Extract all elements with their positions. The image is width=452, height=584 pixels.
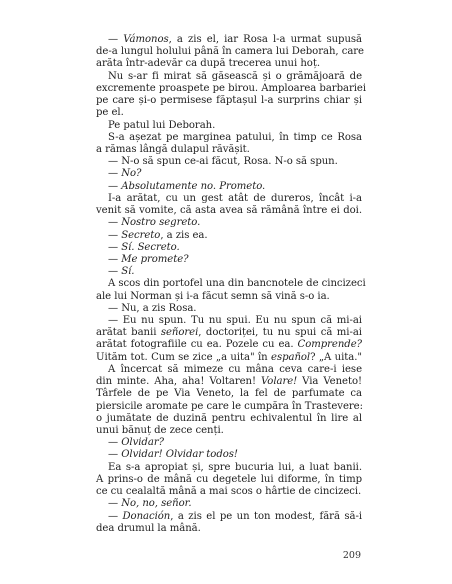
text-line: Târfele de pe Via Veneto, la fel de parf… [96,388,362,400]
text-line: — Donación, a zis el pe un ton modest, f… [96,511,362,523]
text-line: — Nu, a zis Rosa. [96,303,362,315]
text-line: — Sí. Secreto. [96,242,362,254]
text-segment: Ea s-a apropiat și, spre bucuria lui, a … [108,462,362,473]
text-segment: ale lui Norman și i-a făcut semn să vină… [96,291,330,302]
text-segment: pe el. [96,107,124,118]
text-line: — N-o să spun ce-ai făcut, Rosa. N-o să … [96,156,362,168]
italic-text: Donación [123,511,171,522]
text-segment: arătat fotografiile cu ea. Pozele cu ea. [96,339,298,350]
italic-text: Me promete? [121,254,188,265]
text-segment: a rămas lângă dulapul răvășit. [96,144,250,155]
text-line: — Absolutamente no. Prometo. [96,181,362,193]
text-line: a rămas lângă dulapul răvășit. [96,144,362,156]
text-segment: Pe patul lui Deborah. [108,120,215,131]
text-line: — Vámonos, a zis el, iar Rosa l-a urmat … [96,34,362,46]
text-segment: I-a arătat, cu un gest atât de dureros, … [108,193,362,204]
text-segment: Uităm tot. Cum se zice „a uita" în [96,352,271,363]
text-segment: A prins-o de mână cu degetele lui diform… [96,474,362,485]
text-segment: — [108,217,121,228]
italic-text: Olvidar! Olvidar todos! [121,449,238,460]
page-number: 209 [330,550,361,561]
text-segment: — [108,437,121,448]
text-line: — Olvidar! Olvidar todos! [96,449,362,461]
text-segment: — [108,498,121,509]
italic-text: No, no, señor. [121,498,191,509]
text-line: — Eu nu spun. Tu nu spui. Eu nu spun că … [96,315,362,327]
text-segment: piersicile aromate pe care le cumpăra în… [96,401,363,412]
text-line: Uităm tot. Cum se zice „a uita" în españ… [96,352,362,364]
text-segment: din minte. Aha, aha! Voltaren! [96,376,261,387]
text-line: — Nostro segreto. [96,217,362,229]
text-segment: , doctoriței, tu nu spui că mi-ai [198,327,362,338]
text-line: arătat banii señorei, doctoriței, tu nu … [96,327,362,339]
text-line: — No, no, señor. [96,498,362,510]
book-page: — Vámonos, a zis el, iar Rosa l-a urmat … [0,0,452,584]
text-line: dea drumul la mână. [96,523,362,535]
text-line: ale lui Norman și i-a făcut semn să vină… [96,291,362,303]
text-segment: A încercat să mimeze cu mâna ceva care-i… [108,364,362,375]
text-line: — Sí. [96,266,362,278]
text-segment: S-a așezat pe marginea patului, în timp … [108,132,362,143]
body-text: — Vámonos, a zis el, iar Rosa l-a urmat … [96,34,362,535]
text-segment: de-a lungul holului până în camera lui D… [96,46,364,57]
text-segment: — [108,242,121,253]
text-line: — No? [96,168,362,180]
italic-text: Secreto [121,230,160,241]
text-line: excremente proaspete pe birou. Amploarea… [96,83,362,95]
italic-text: señorei [161,327,198,338]
text-segment: — [108,449,121,460]
italic-text: No? [121,168,141,179]
text-line: S-a așezat pe marginea patului, în timp … [96,132,362,144]
text-segment: arătat banii [96,327,161,338]
text-segment: Târfele de pe Via Veneto, la fel de parf… [96,388,362,399]
text-segment: , a zis el, iar Rosa l-a urmat supusă [169,34,362,45]
italic-text: Absolutamente no. Prometo. [121,181,265,192]
text-segment: — [108,34,123,45]
text-line: pe el. [96,107,362,119]
text-line: A încercat să mimeze cu mâna ceva care-i… [96,364,362,376]
italic-text: Comprende? [298,339,362,350]
text-segment: — Nu, a zis Rosa. [108,303,196,314]
text-segment: , a zis el pe un ton modest, fără să-i [170,511,362,522]
text-segment: — [108,181,121,192]
text-line: pe care și-o permisese făptașul l-a surp… [96,95,362,107]
text-line: ce cu cealaltă mână a mai scos o hârtie … [96,486,362,498]
italic-text: Vámonos [123,34,168,45]
text-line: venit să vomite, că asta avea să rămână … [96,205,362,217]
text-line: o jumătate de duzină pentru echivalentul… [96,413,362,425]
text-segment: — N-o să spun ce-ai făcut, Rosa. N-o să … [108,156,338,167]
text-line: Ea s-a apropiat și, spre bucuria lui, a … [96,462,362,474]
text-line: Pe patul lui Deborah. [96,120,362,132]
text-segment: — Eu nu spun. Tu nu spui. Eu nu spun că … [108,315,362,326]
text-line: A scos din portofel una din bancnotele d… [96,278,362,290]
text-segment: o jumătate de duzină pentru echivalentul… [96,413,362,424]
text-segment: — [108,511,123,522]
text-segment: excremente proaspete pe birou. Amploarea… [96,83,366,94]
text-line: piersicile aromate pe care le cumpăra în… [96,401,362,413]
text-segment: — [108,230,121,241]
text-segment: , a zis ea. [160,230,207,241]
italic-text: Volare! [261,376,297,387]
text-line: I-a arătat, cu un gest atât de dureros, … [96,193,362,205]
text-segment: dea drumul la mână. [96,523,201,534]
italic-text: Olvidar? [121,437,164,448]
text-segment: pe care și-o permisese făptașul l-a surp… [96,95,362,106]
text-line: A prins-o de mână cu degetele lui diform… [96,474,362,486]
text-line: — Me promete? [96,254,362,266]
text-segment: Nu s-ar fi mirat să găsească și o grămăj… [108,71,362,82]
text-segment: — [108,266,121,277]
text-line: arătat fotografiile cu ea. Pozele cu ea.… [96,339,362,351]
text-segment: A scos din portofel una din bancnotele d… [108,278,366,289]
italic-text: Sí. Secreto. [121,242,179,253]
text-segment: ? „A uita." [310,352,362,363]
text-line: de-a lungul holului până în camera lui D… [96,46,362,58]
text-segment: arăta într-adevăr ca după trecerea unui … [96,58,320,69]
text-segment: — [108,254,121,265]
text-segment: unui bănuț de zece cenți. [96,425,224,436]
text-line: arăta într-adevăr ca după trecerea unui … [96,58,362,70]
text-segment: ce cu cealaltă mână a mai scos o hârtie … [96,486,361,497]
italic-text: Nostro segreto. [121,217,200,228]
text-segment: Via Veneto! [297,376,362,387]
text-line: din minte. Aha, aha! Voltaren! Volare! V… [96,376,362,388]
italic-text: Sí. [121,266,134,277]
italic-text: español [271,352,310,363]
text-line: — Secreto, a zis ea. [96,230,362,242]
text-line: Nu s-ar fi mirat să găsească și o grămăj… [96,71,362,83]
text-line: — Olvidar? [96,437,362,449]
text-line: unui bănuț de zece cenți. [96,425,362,437]
text-segment: venit să vomite, că asta avea să rămână … [96,205,362,216]
text-segment: — [108,168,121,179]
